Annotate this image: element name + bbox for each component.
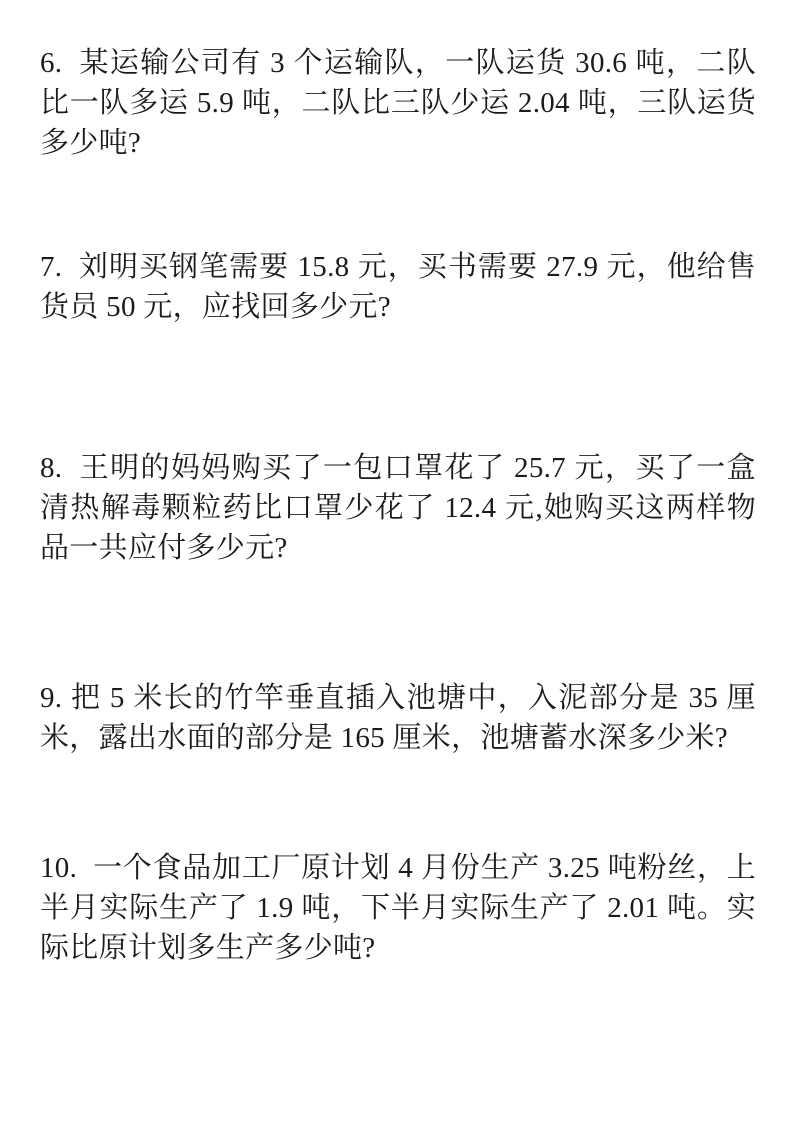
problem-8-line-1: 8. 王明的妈妈购买了一包口罩花了 25.7 元，买了一盒 [40, 448, 756, 488]
problem-7-line-2: 货员 50 元，应找回多少元? [40, 287, 756, 327]
problem-8-line-2: 清热解毒颗粒药比口罩少花了 12.4 元,她购买这两样物 [40, 488, 756, 528]
problem-7: 7. 刘明买钢笔需要 15.8 元，买书需要 27.9 元，他给售货员 50 元… [40, 247, 756, 327]
problem-9-line-1: 9. 把 5 米长的竹竿垂直插入池塘中，入泥部分是 35 厘 [40, 678, 756, 718]
problem-9-line-2: 米，露出水面的部分是 165 厘米，池塘蓄水深多少米? [40, 718, 756, 758]
problem-6-line-3: 多少吨? [40, 123, 756, 163]
problem-8: 8. 王明的妈妈购买了一包口罩花了 25.7 元，买了一盒清热解毒颗粒药比口罩少… [40, 448, 756, 568]
problem-6-line-1: 6. 某运输公司有 3 个运输队，一队运货 30.6 吨，二队 [40, 43, 756, 83]
problems-list: 6. 某运输公司有 3 个运输队，一队运货 30.6 吨，二队比一队多运 5.9… [0, 0, 793, 1122]
problem-7-line-1: 7. 刘明买钢笔需要 15.8 元，买书需要 27.9 元，他给售 [40, 247, 756, 287]
problem-10: 10. 一个食品加工厂原计划 4 月份生产 3.25 吨粉丝，上半月实际生产了 … [40, 848, 756, 968]
worksheet-page: 6. 某运输公司有 3 个运输队，一队运货 30.6 吨，二队比一队多运 5.9… [0, 0, 793, 1122]
problem-8-line-3: 品一共应付多少元? [40, 528, 756, 568]
problem-10-line-2: 半月实际生产了 1.9 吨，下半月实际生产了 2.01 吨。实 [40, 888, 756, 928]
problem-6-line-2: 比一队多运 5.9 吨，二队比三队少运 2.04 吨，三队运货 [40, 83, 756, 123]
problem-6: 6. 某运输公司有 3 个运输队，一队运货 30.6 吨，二队比一队多运 5.9… [40, 43, 756, 163]
problem-9: 9. 把 5 米长的竹竿垂直插入池塘中，入泥部分是 35 厘米，露出水面的部分是… [40, 678, 756, 758]
problem-10-line-1: 10. 一个食品加工厂原计划 4 月份生产 3.25 吨粉丝，上 [40, 848, 756, 888]
problem-10-line-3: 际比原计划多生产多少吨? [40, 928, 756, 968]
